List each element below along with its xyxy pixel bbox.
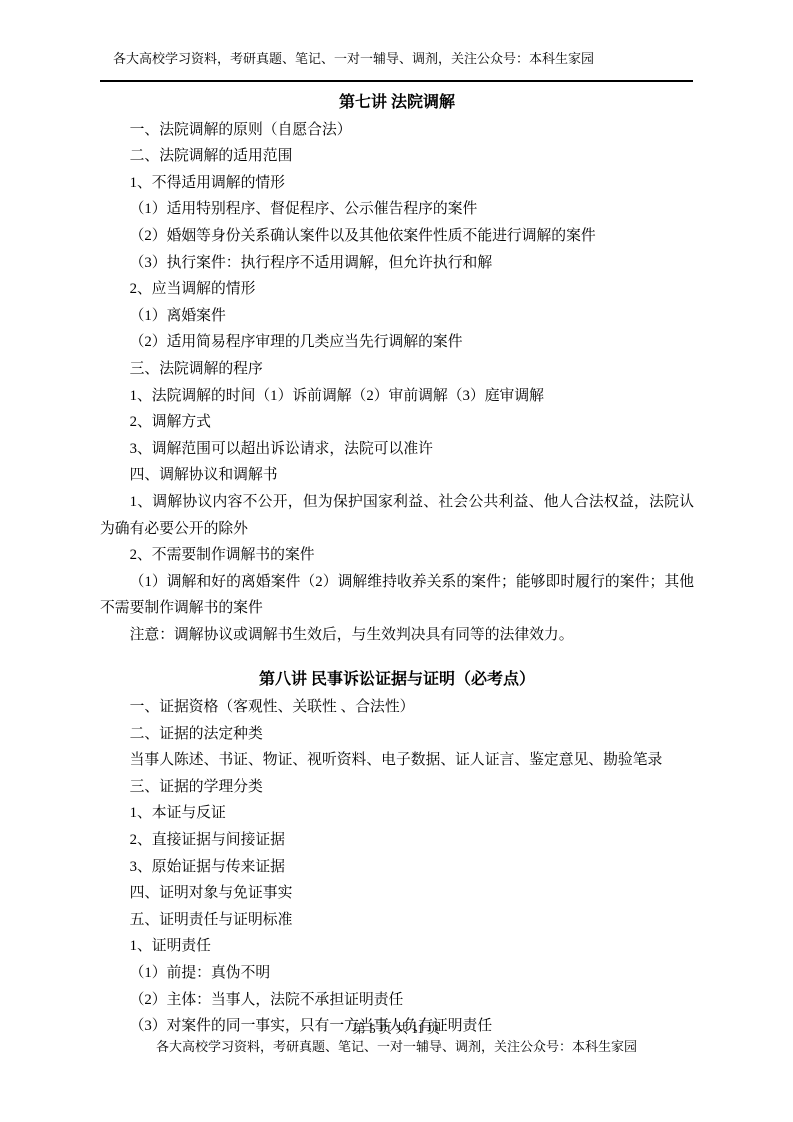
paragraph-line: 1、不得适用调解的情形 [100, 170, 694, 197]
paragraph-line: （2）主体：当事人，法院不承担证明责任 [100, 987, 694, 1014]
page-header: 各大高校学习资料，考研真题、笔记、一对一辅导、调剂，关注公众号：本科生家园 [100, 50, 693, 82]
paragraph-line: 四、调解协议和调解书 [100, 462, 694, 489]
document-page: 各大高校学习资料，考研真题、笔记、一对一辅导、调剂，关注公众号：本科生家园 第七… [0, 0, 793, 1122]
paragraph-line: （2）适用简易程序审理的几类应当先行调解的案件 [100, 329, 694, 356]
section-title: 第八讲 民事诉讼证据与证明（必考点） [100, 667, 694, 694]
paragraph-line: 四、证明对象与免证事实 [100, 880, 694, 907]
paragraph-line: 一、法院调解的原则（自愿合法） [100, 117, 694, 144]
paragraph-line: 1、调解协议内容不公开，但为保护国家利益、社会公共利益、他人合法权益，法院认为确… [100, 489, 694, 542]
paragraph-line: 当事人陈述、书证、物证、视听资料、电子数据、证人证言、鉴定意见、勘验笔录 [100, 747, 694, 774]
paragraph-line: 2、直接证据与间接证据 [100, 827, 694, 854]
paragraph-line: 一、证据资格（客观性、关联性 、合法性） [100, 694, 694, 721]
document-body: 第七讲 法院调解一、法院调解的原则（自愿合法）二、法院调解的适用范围1、不得适用… [100, 90, 694, 1040]
paragraph-line: 二、法院调解的适用范围 [100, 143, 694, 170]
page-footer: 第 5 页 共 11 页 各大高校学习资料，考研真题、笔记、一对一辅导、调剂，关… [0, 1020, 793, 1057]
paragraph-line: 1、法院调解的时间（1）诉前调解（2）审前调解（3）庭审调解 [100, 383, 694, 410]
paragraph-line: 二、证据的法定种类 [100, 721, 694, 748]
paragraph-line: 2、应当调解的情形 [100, 276, 694, 303]
page-number: 第 5 页 共 11 页 [0, 1020, 793, 1037]
paragraph-line: （1）离婚案件 [100, 303, 694, 330]
paragraph-line: 2、调解方式 [100, 409, 694, 436]
paragraph-line: 1、本证与反证 [100, 800, 694, 827]
paragraph-line: （2）婚姻等身份关系确认案件以及其他依案件性质不能进行调解的案件 [100, 223, 694, 250]
paragraph-line: 五、证明责任与证明标准 [100, 907, 694, 934]
paragraph-line: 3、调解范围可以超出诉讼请求，法院可以准许 [100, 436, 694, 463]
paragraph-line: （1）前提：真伪不明 [100, 960, 694, 987]
paragraph-line: 3、原始证据与传来证据 [100, 854, 694, 881]
paragraph-line: （1）适用特别程序、督促程序、公示催告程序的案件 [100, 196, 694, 223]
paragraph-line: 2、不需要制作调解书的案件 [100, 542, 694, 569]
paragraph-line: 三、法院调解的程序 [100, 356, 694, 383]
section-title: 第七讲 法院调解 [100, 90, 694, 117]
paragraph-line: 1、证明责任 [100, 933, 694, 960]
paragraph-line: 注意：调解协议或调解书生效后，与生效判决具有同等的法律效力。 [100, 622, 694, 649]
header-promo-text: 各大高校学习资料，考研真题、笔记、一对一辅导、调剂，关注公众号：本科生家园 [100, 50, 693, 67]
paragraph-line: （3）执行案件：执行程序不适用调解，但允许执行和解 [100, 250, 694, 277]
paragraph-line: （1）调解和好的离婚案件（2）调解维持收养关系的案件；能够即时履行的案件；其他不… [100, 569, 694, 622]
paragraph-line: 三、证据的学理分类 [100, 774, 694, 801]
footer-promo-text: 各大高校学习资料，考研真题、笔记、一对一辅导、调剂，关注公众号：本科生家园 [0, 1037, 793, 1057]
